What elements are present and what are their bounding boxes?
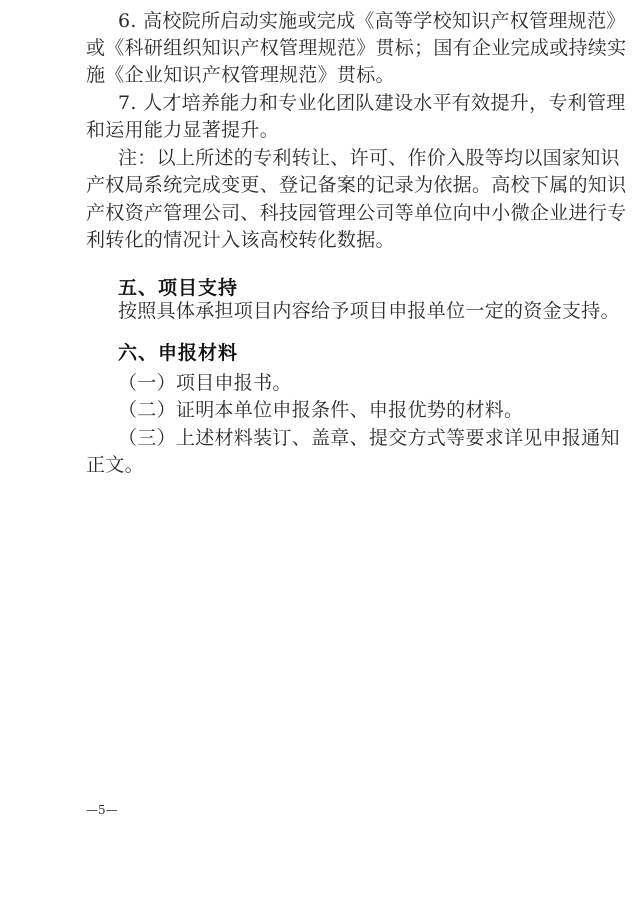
- section5-body: 按照具体承担项目内容给予项目申报单位一定的资金支持。: [118, 298, 558, 324]
- paragraph-line: 6. 高校院所启动实施或完成《高等学校知识产权管理规范》: [118, 8, 558, 34]
- material-item-line: 正文。: [86, 452, 558, 478]
- page-number: —5—: [86, 803, 118, 817]
- material-item-line: （二）证明本单位申报条件、申报优势的材料。: [118, 397, 558, 423]
- paragraph-line: 施《企业知识产权管理规范》贯标。: [86, 62, 558, 88]
- paragraph-line: 产权局系统完成变更、登记备案的记录为依据。高校下属的知识: [86, 172, 558, 198]
- paragraph-line: 和运用能力显著提升。: [86, 117, 558, 143]
- section6-heading: 六、申报材料: [118, 340, 558, 366]
- material-item-line: （一）项目申报书。: [118, 370, 558, 396]
- material-item-line: （三）上述材料装订、盖章、提交方式等要求详见申报通知: [118, 425, 558, 451]
- paragraph-line: 或《科研组织知识产权管理规范》贯标；国有企业完成或持续实: [86, 35, 558, 61]
- paragraph-line: 注：以上所述的专利转让、许可、作价入股等均以国家知识: [118, 145, 558, 171]
- paragraph-line: 利转化的情况计入该高校转化数据。: [86, 227, 558, 253]
- paragraph-line: 产权资产管理公司、科技园管理公司等单位向中小微企业进行专: [86, 200, 558, 226]
- paragraph-line: 7. 人才培养能力和专业化团队建设水平有效提升，专利管理: [118, 90, 558, 116]
